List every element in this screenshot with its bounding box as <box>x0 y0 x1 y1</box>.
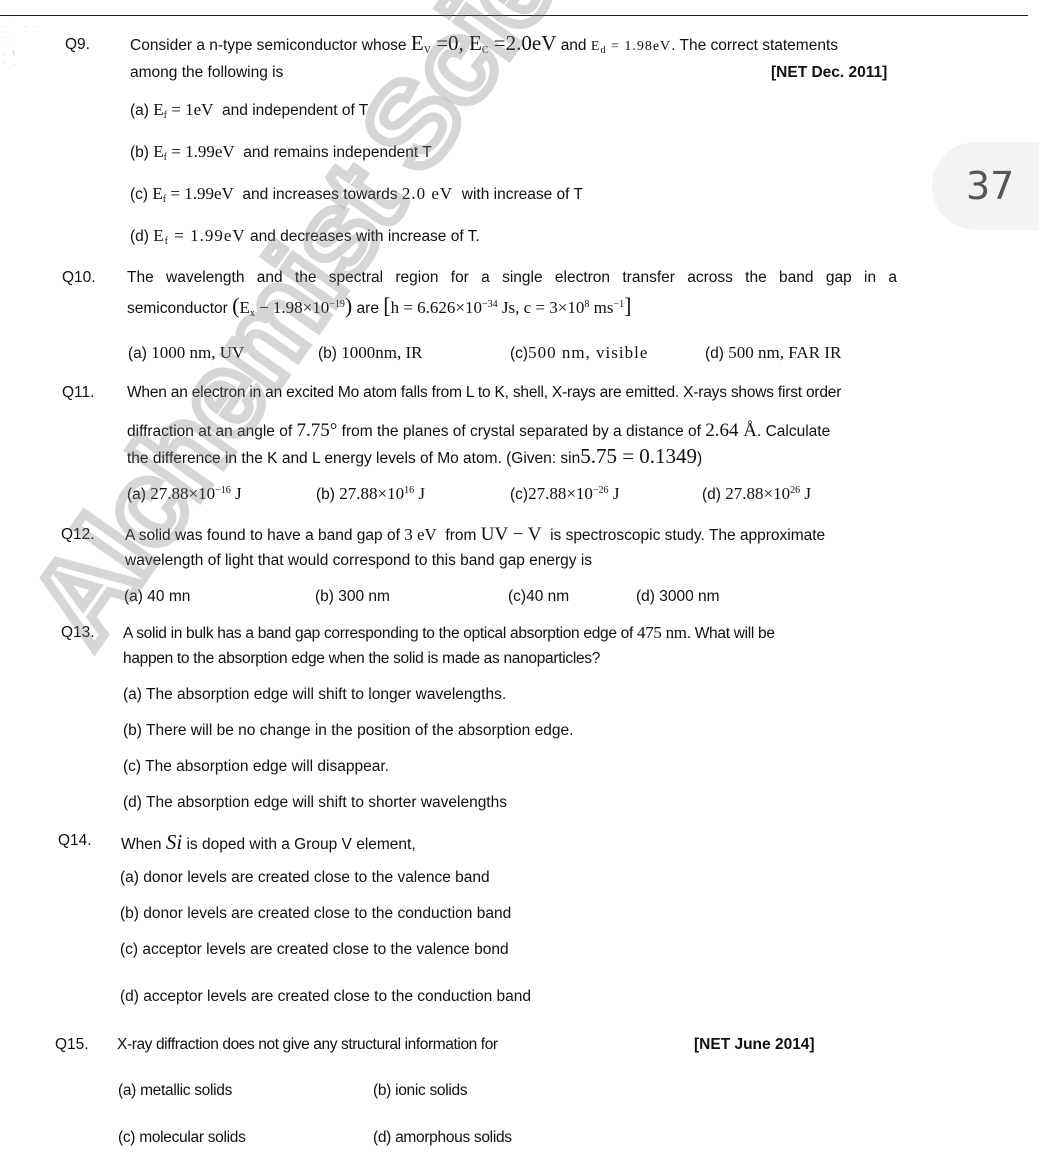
question-text: When Si is doped with a Group V element, <box>121 830 416 855</box>
option-a: (a) metallic solids <box>118 1082 232 1100</box>
option-c: (c) The absorption edge will disappear. <box>123 758 389 776</box>
option-c: (c)27.88×10−26 J <box>510 484 619 504</box>
math-expression: Ex − 1.98×10−19 <box>239 298 344 317</box>
question-text-line2: among the following is <box>130 64 283 82</box>
top-rule <box>0 15 1028 16</box>
option-a: (a) 1000 nm, UV <box>128 343 244 363</box>
question-number: Q15. <box>55 1036 89 1054</box>
option-d: (d) amorphous solids <box>373 1129 512 1147</box>
question-text-line2: wavelength of light that would correspon… <box>125 552 592 570</box>
math-expression: Ef = 1eV <box>153 100 213 119</box>
option-d: (d) The absorption edge will shift to sh… <box>123 794 507 812</box>
math-expression: Ef = 1.99eV <box>153 226 245 245</box>
exam-source: [NET June 2014] <box>694 1036 815 1054</box>
scan-noise: · ˙ · ·. ·˙ .: \· . <box>2 22 52 92</box>
math-expression: h = 6.626×10−34 Js, c = 3×108 ms−1 <box>391 298 625 317</box>
option-a: (a) donor levels are created close to th… <box>120 869 490 887</box>
option-b: (b) Ef = 1.99eV and remains independent … <box>130 142 432 163</box>
option-b: (b) 300 nm <box>315 588 390 606</box>
option-d: (d) Ef = 1.99eV and decreases with incre… <box>130 226 480 247</box>
question-text: When an electron in an excited Mo atom f… <box>127 384 841 402</box>
option-c: (c) acceptor levels are created close to… <box>120 941 509 959</box>
option-d: (d) 3000 nm <box>636 588 720 606</box>
option-c: (c)40 nm <box>508 588 569 606</box>
question-text-line3: the difference in the K and L energy lev… <box>127 444 702 469</box>
question-text-line2: happen to the absorption edge when the s… <box>123 650 600 668</box>
question-text-line2: diffraction at an angle of 7.75° from th… <box>127 420 830 442</box>
question-number: Q10. <box>62 269 96 287</box>
option-c: (c)500 nm, visible <box>510 343 648 363</box>
option-d: (d) acceptor levels are created close to… <box>120 988 531 1006</box>
option-d: (d) 27.88×1026 J <box>702 484 811 504</box>
option-b: (b) 27.88×1016 J <box>316 484 425 504</box>
option-b: (b) There will be no change in the posit… <box>123 722 573 740</box>
question-text: The wavelength and the spectral region f… <box>127 269 897 287</box>
option-c: (c) molecular solids <box>118 1129 246 1147</box>
option-b: (b) 1000nm, IR <box>318 343 423 363</box>
question-text: A solid in bulk has a band gap correspon… <box>123 623 775 643</box>
question-text: A solid was found to have a band gap of … <box>125 524 825 546</box>
math-expression: Ef = 1.99eV <box>152 184 233 203</box>
option-a: (a) 27.88×10−16 J <box>127 484 242 504</box>
question-number: Q9. <box>65 36 90 54</box>
option-d: (d) 500 nm, FAR IR <box>705 343 841 363</box>
option-b: (b) ionic solids <box>373 1082 467 1100</box>
question-text-line2: semiconductor (Ex − 1.98×10−19) are [h =… <box>127 293 631 319</box>
page-number: 37 <box>966 164 1014 208</box>
question-text: X-ray diffraction does not give any stru… <box>117 1036 498 1054</box>
option-a: (a) Ef = 1eV and independent of T <box>130 100 368 121</box>
exam-source: [NET Dec. 2011] <box>771 64 887 82</box>
question-text: Consider a n-type semiconductor whose EV… <box>130 31 838 56</box>
question-number: Q14. <box>58 832 92 850</box>
option-c: (c) Ef = 1.99eV and increases towards 2.… <box>130 184 583 205</box>
option-a: (a) The absorption edge will shift to lo… <box>123 686 506 704</box>
option-a: (a) 40 mn <box>124 588 190 606</box>
question-number: Q11. <box>62 384 94 402</box>
question-number: Q13. <box>61 624 95 642</box>
math-expression: Ef = 1.99eV <box>153 142 234 161</box>
option-b: (b) donor levels are created close to th… <box>120 905 511 923</box>
question-number: Q12. <box>61 526 95 544</box>
